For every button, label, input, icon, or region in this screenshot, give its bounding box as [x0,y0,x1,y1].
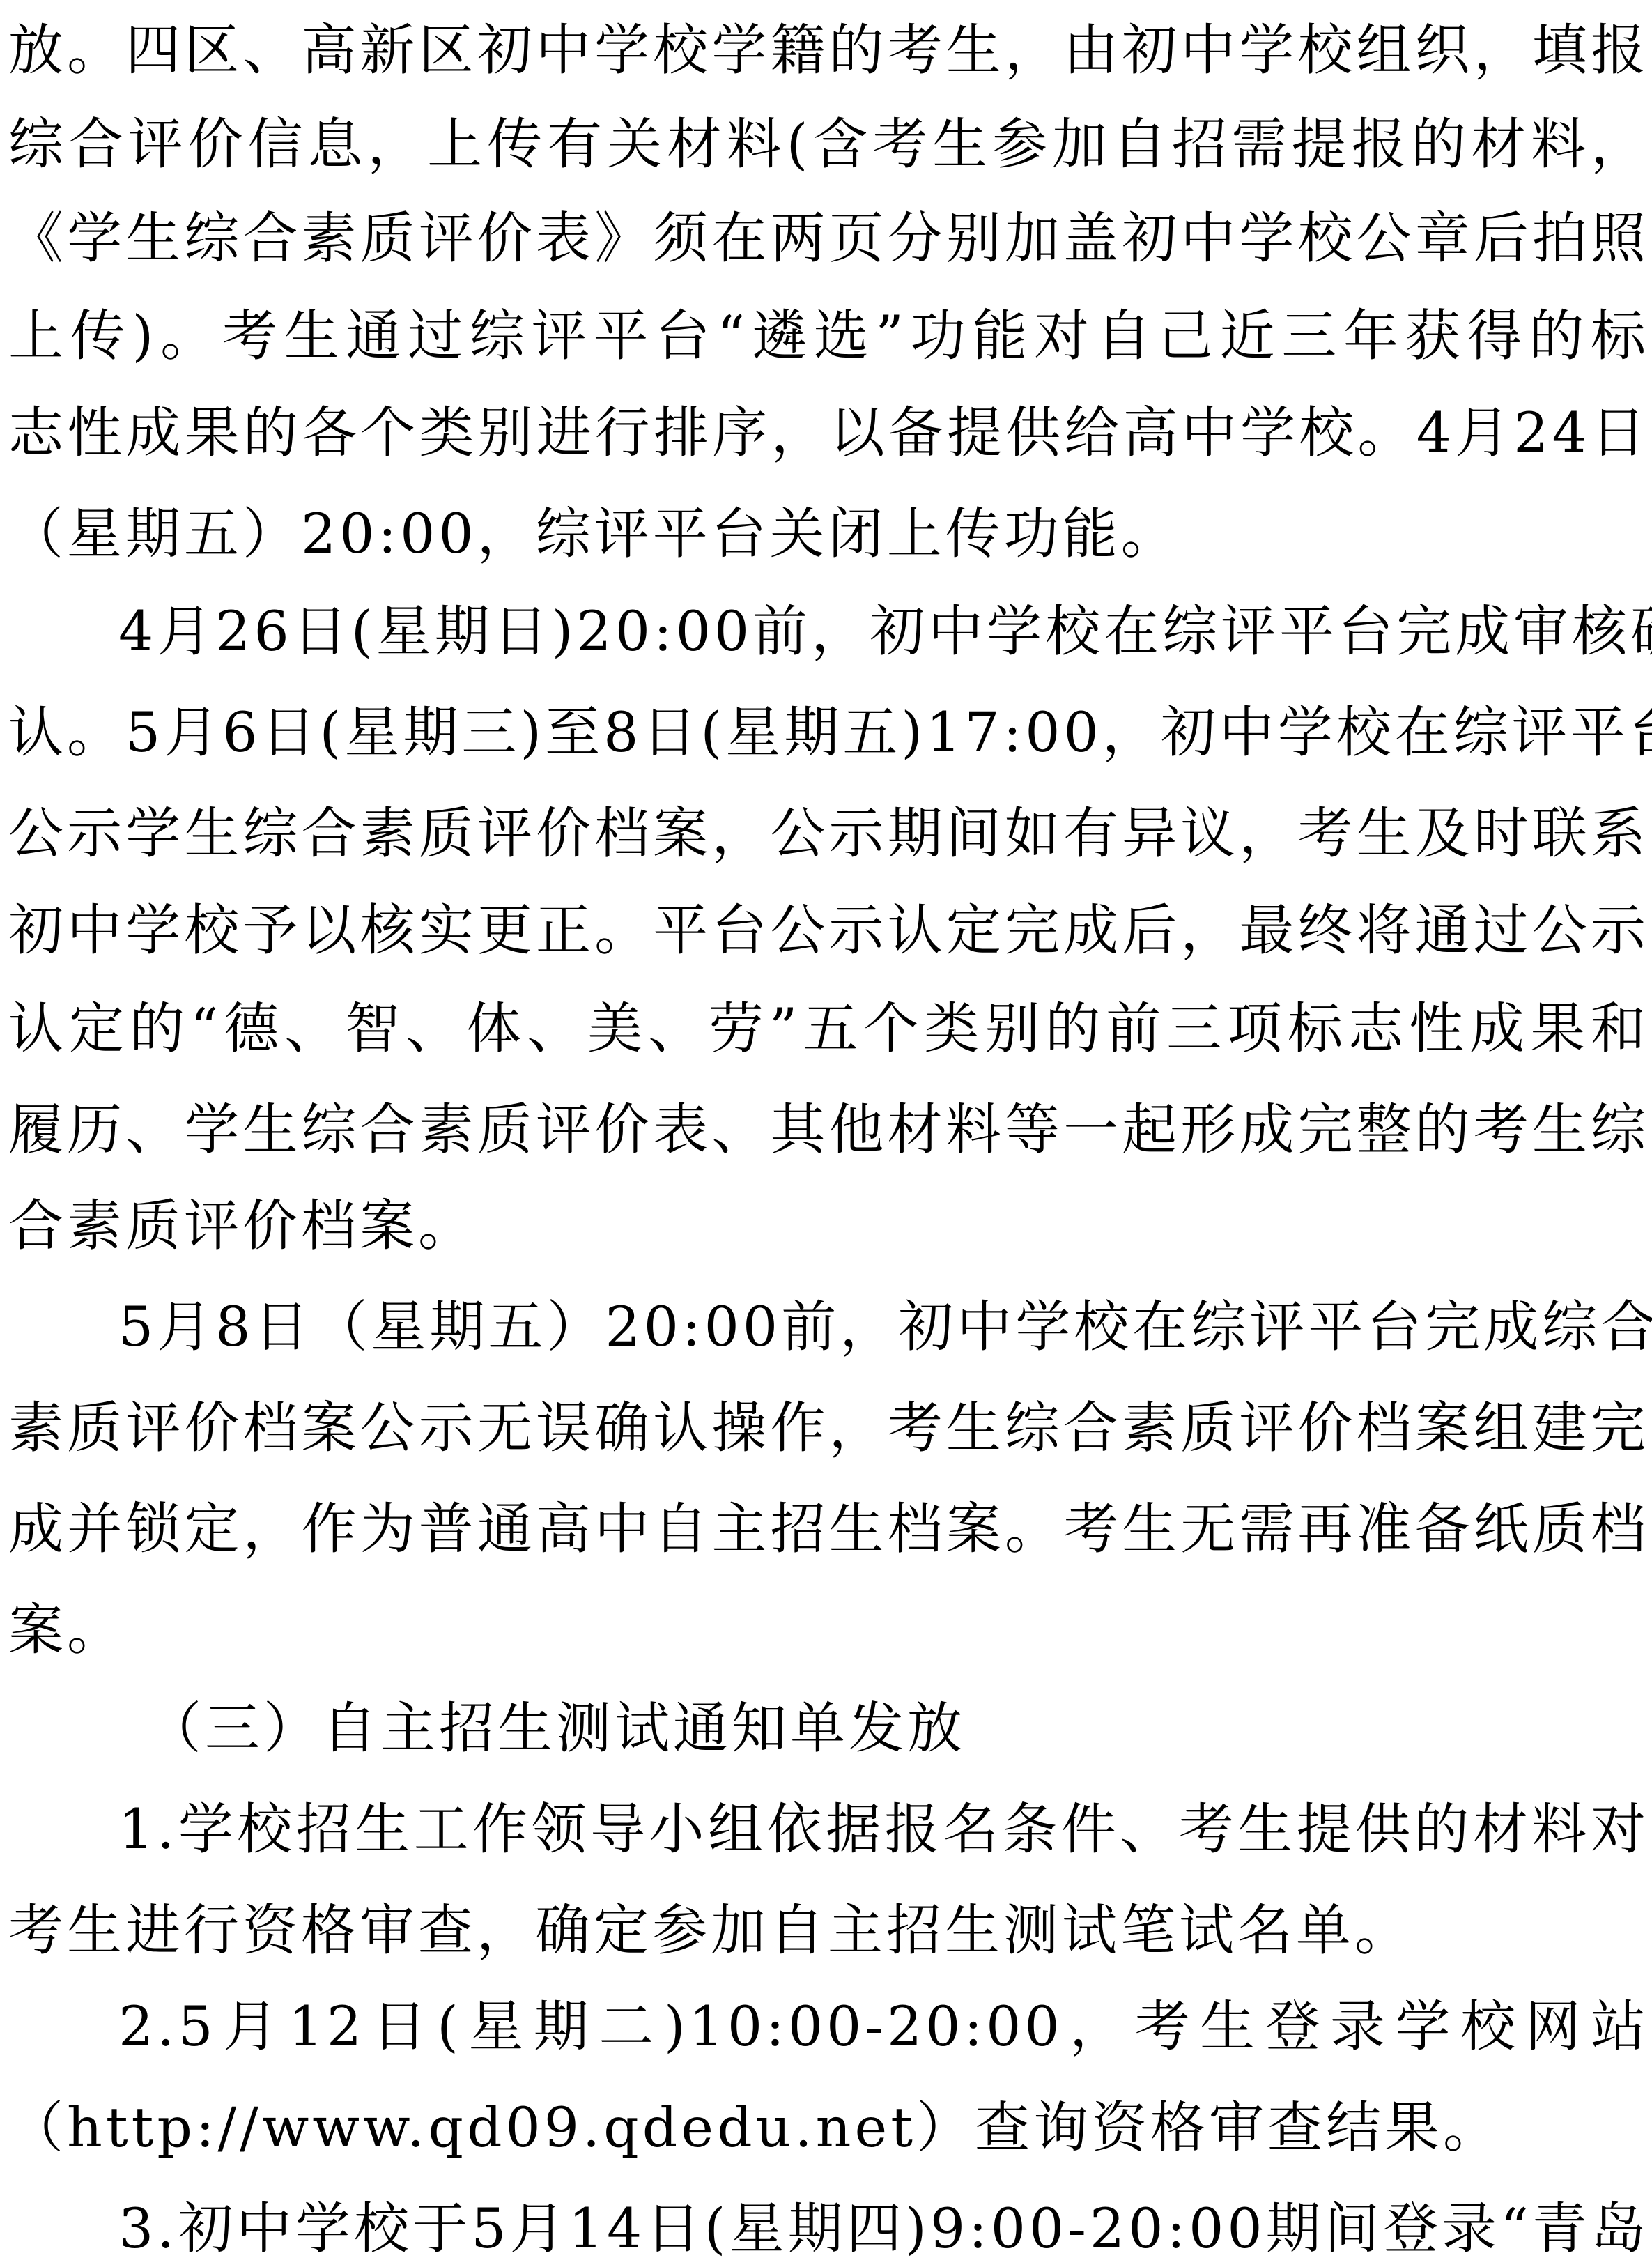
paragraph-line: 认。5月6日(星期三)至8日(星期五)17:00，初中学校在综评平台 [8,691,1649,774]
paragraph-line: 志性成果的各个类别进行排序，以备提供给高中学校。4月24日 [8,391,1649,475]
paragraph-line: 考生进行资格审查，确定参加自主招生测试笔试名单。 [8,1889,1652,1972]
paragraph-line: 履历、学生综合素质评价表、其他材料等一起形成完整的考生综 [8,1088,1649,1171]
paragraph-line: 合素质评价档案。 [8,1184,1652,1268]
list-item-3: 3.初中学校于5月14日(星期四)9:00-20:00期间登录“青岛 [118,2187,1649,2267]
paragraph-line: 认定的“德、智、体、美、劳”五个类别的前三项标志性成果和 [8,987,1649,1070]
section-heading: （三）自主招生测试通知单发放 [146,1686,1652,1770]
paragraph-line: 《学生综合素质评价表》须在两页分别加盖初中学校公章后拍照 [8,197,1649,280]
list-item-2: 2.5月12日(星期二)10:00-20:00，考生登录学校网站 [118,1985,1649,2068]
website-url-line: （http://www.qd09.qdedu.net）查询资格审查结果。 [8,2086,1652,2169]
paragraph-line: 综合评价信息，上传有关材料(含考生参加自招需提报的材料， [8,102,1649,186]
paragraph-line: 素质评价档案公示无误确认操作，考生综合素质评价档案组建完 [8,1386,1649,1470]
paragraph-first-line: 5月8日（星期五）20:00前，初中学校在综评平台完成综合 [118,1285,1649,1369]
paragraph-first-line: 4月26日(星期日)20:00前，初中学校在综评平台完成审核确 [118,590,1649,673]
paragraph-line: 成并锁定，作为普通高中自主招生档案。考生无需再准备纸质档 [8,1487,1649,1571]
list-item-1: 1.学校招生工作领导小组依据报名条件、考生提供的材料对 [118,1788,1649,1871]
paragraph-line: 放。四区、高新区初中学校学籍的考生，由初中学校组织，填报 [8,8,1649,92]
paragraph-line: 初中学校予以核实更正。平台公示认定完成后，最终将通过公示 [8,889,1649,972]
paragraph-line: 上传)。考生通过综评平台“遴选”功能对自己近三年获得的标 [8,294,1649,378]
paragraph-line: （星期五）20:00，综评平台关闭上传功能。 [8,492,1652,576]
paragraph-line: 公示学生综合素质评价档案，公示期间如有异议，考生及时联系 [8,792,1649,875]
paragraph-line: 案。 [8,1588,1652,1672]
